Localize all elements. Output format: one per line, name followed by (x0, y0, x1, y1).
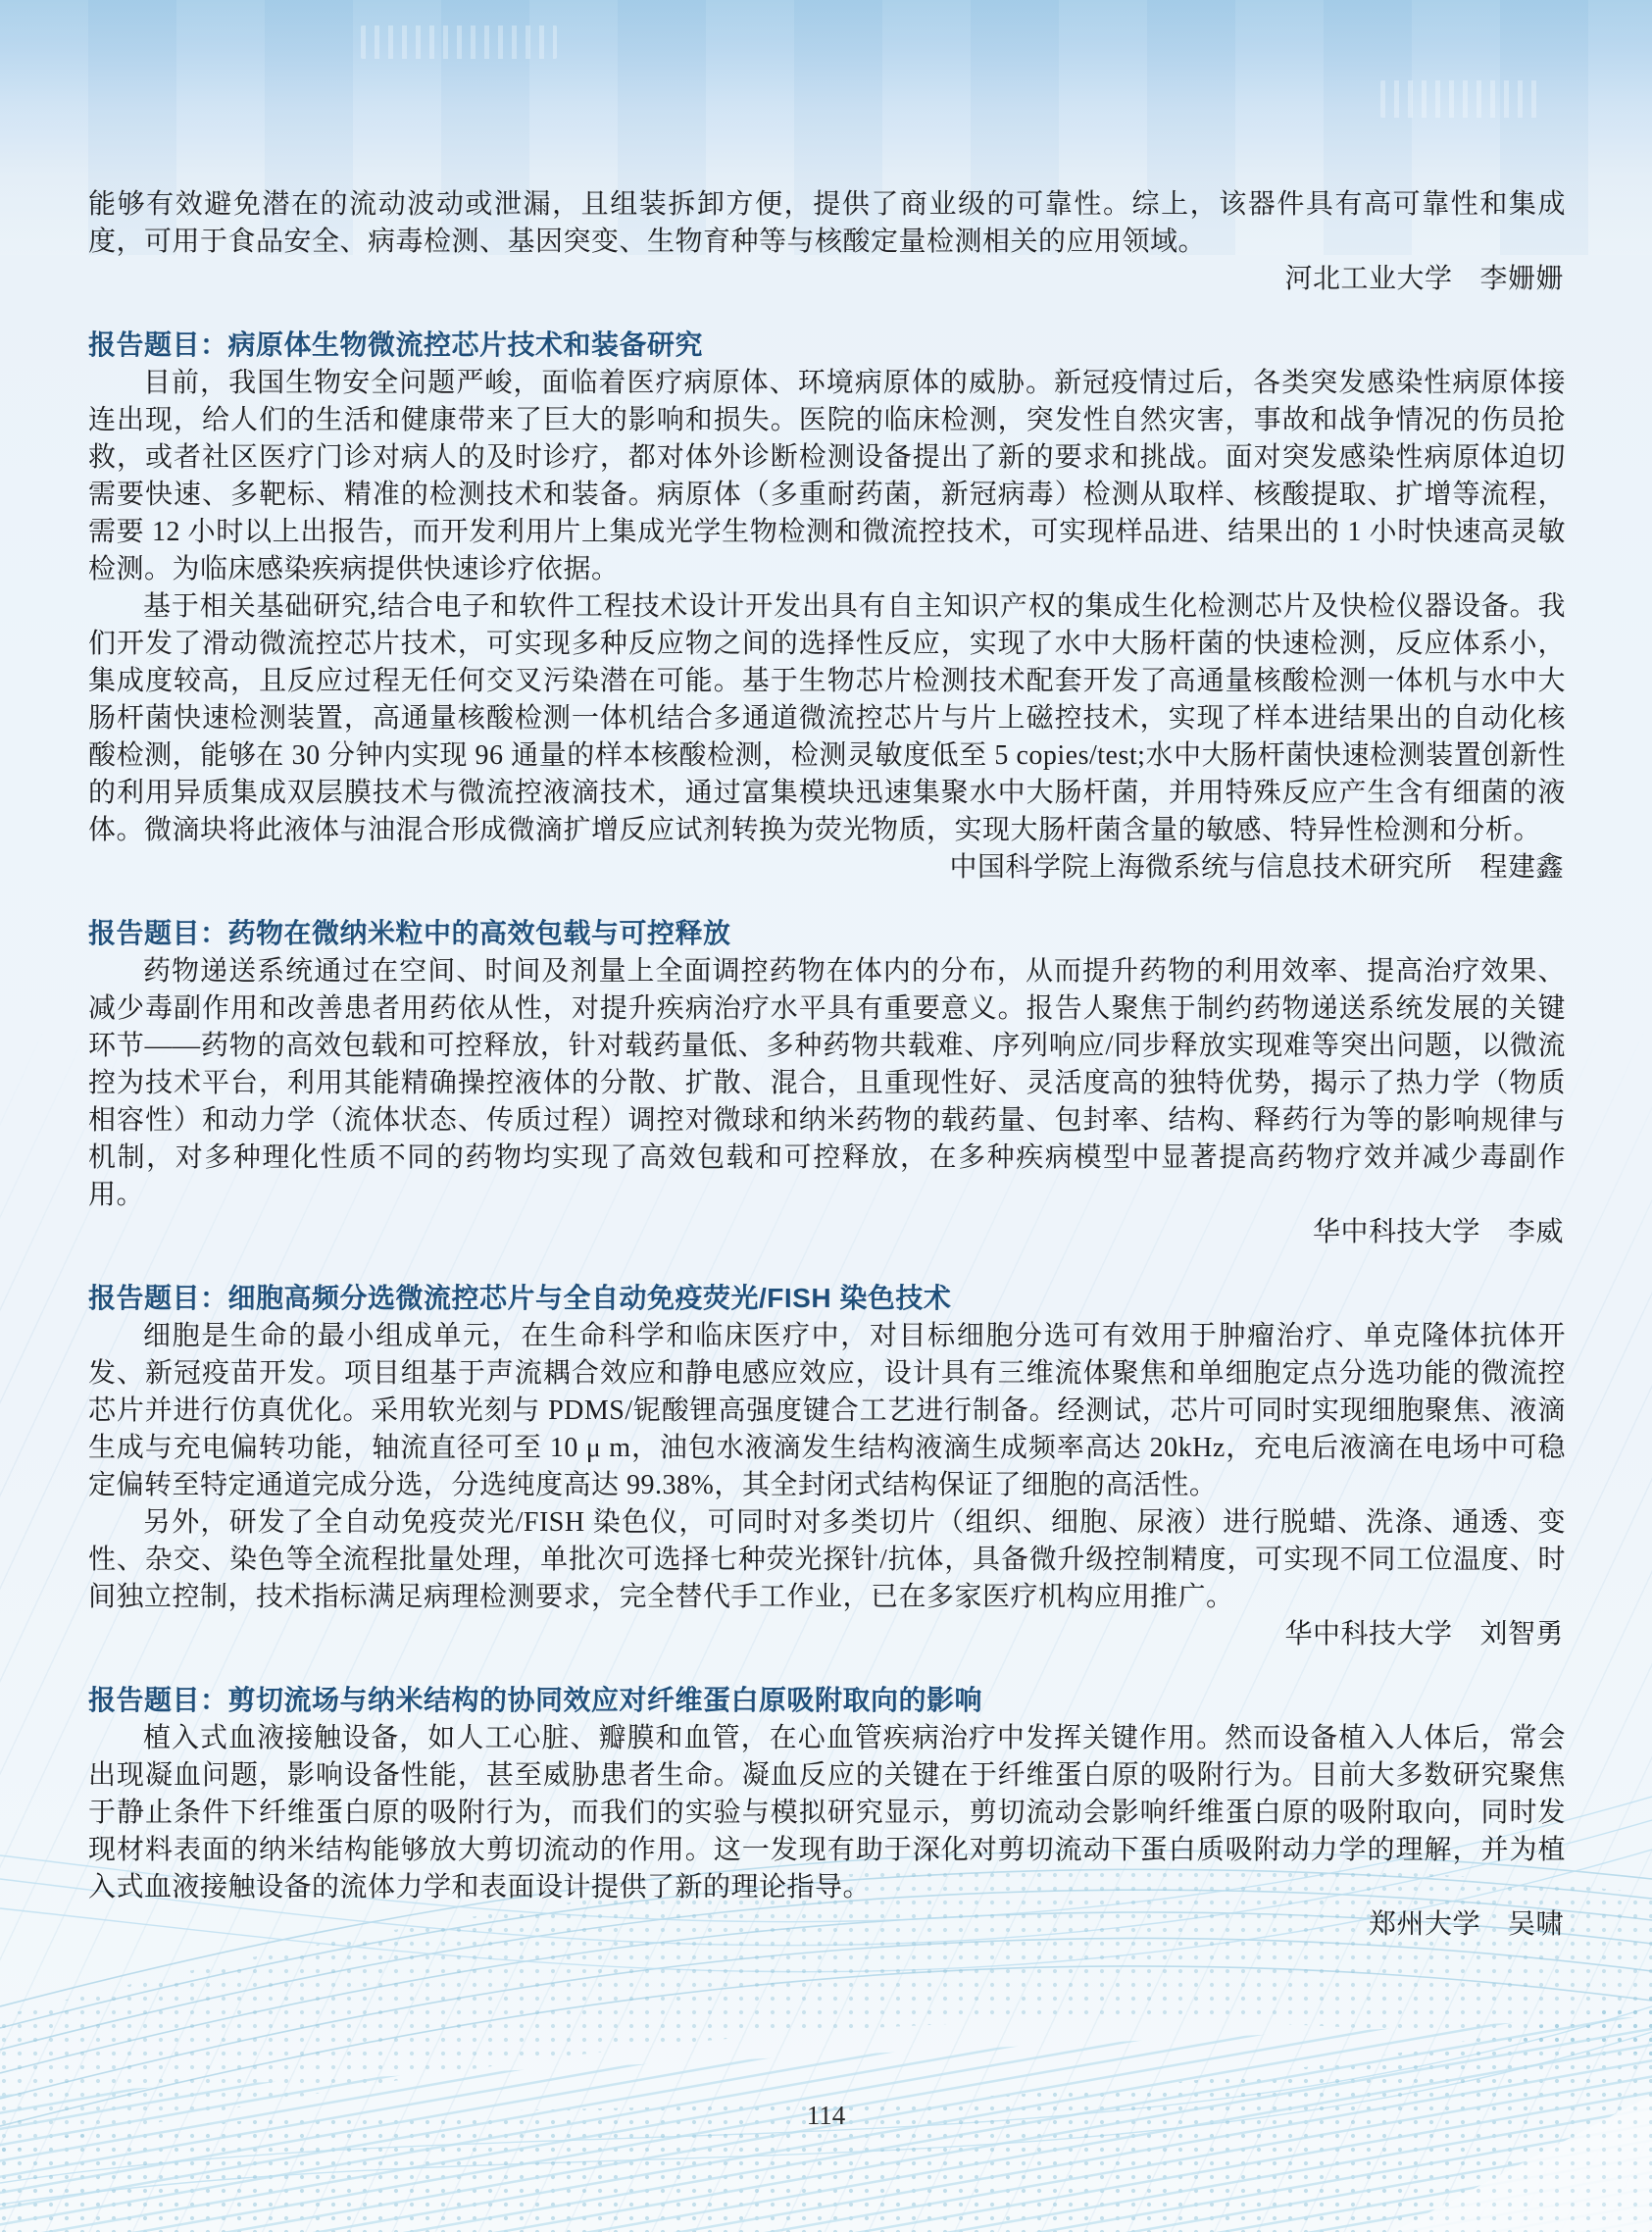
author-line: 中国科学院上海微系统与信息技术研究所程建鑫 (88, 849, 1566, 887)
author-name: 李威 (1508, 1217, 1564, 1247)
author-name: 刘智勇 (1479, 1619, 1564, 1649)
report-section: 报告题目：病原体生物微流控芯片技术和装备研究 目前，我国生物安全问题严峻，面临着… (88, 326, 1566, 887)
author-line: 华中科技大学刘智勇 (88, 1616, 1566, 1653)
author-line: 华中科技大学李威 (88, 1214, 1566, 1251)
report-title: 报告题目：病原体生物微流控芯片技术和装备研究 (88, 326, 1566, 365)
page-number: 114 (0, 2101, 1652, 2131)
report-section: 报告题目：药物在微纳米粒中的高效包载与可控释放 药物递送系统通过在空间、时间及剂… (88, 914, 1566, 1251)
report-section: 报告题目：剪切流场与纳米结构的协同效应对纤维蛋白原吸附取向的影响 植入式血液接触… (88, 1681, 1566, 1944)
report-paragraph: 细胞是生命的最小组成单元，在生命科学和临床医疗中，对目标细胞分选可有效用于肿瘤治… (88, 1318, 1566, 1504)
author-name: 李姗姗 (1479, 264, 1564, 294)
report-section: 报告题目：细胞高频分选微流控芯片与全自动免疫荧光/FISH 染色技术 细胞是生命… (88, 1279, 1566, 1653)
author-name: 吴啸 (1508, 1909, 1564, 1940)
report-paragraph: 另外，研发了全自动免疫荧光/FISH 染色仪，可同时对多类切片（组织、细胞、尿液… (88, 1504, 1566, 1616)
report-paragraph: 目前，我国生物安全问题严峻，面临着医疗病原体、环境病原体的威胁。新冠疫情过后，各… (88, 365, 1566, 588)
page-content: 能够有效避免潜在的流动波动或泄漏，且组装拆卸方便，提供了商业级的可靠性。综上，该… (88, 186, 1566, 1944)
continued-paragraph: 能够有效避免潜在的流动波动或泄漏，且组装拆卸方便，提供了商业级的可靠性。综上，该… (88, 186, 1566, 261)
report-paragraph: 药物递送系统通过在空间、时间及剂量上全面调控药物在体内的分布，从而提升药物的利用… (88, 953, 1566, 1214)
author-affiliation: 河北工业大学 (1284, 264, 1452, 294)
tick-pattern-decoration (1380, 80, 1537, 118)
report-paragraph: 植入式血液接触设备，如人工心脏、瓣膜和血管，在心血管疾病治疗中发挥关键作用。然而… (88, 1720, 1566, 1906)
author-affiliation: 华中科技大学 (1313, 1217, 1480, 1247)
report-title: 报告题目：剪切流场与纳米结构的协同效应对纤维蛋白原吸附取向的影响 (88, 1681, 1566, 1720)
author-line: 河北工业大学李姗姗 (88, 261, 1566, 298)
report-title: 报告题目：细胞高频分选微流控芯片与全自动免疫荧光/FISH 染色技术 (88, 1279, 1566, 1318)
author-affiliation: 郑州大学 (1369, 1909, 1480, 1940)
report-title: 报告题目：药物在微纳米粒中的高效包载与可控释放 (88, 914, 1566, 953)
author-affiliation: 中国科学院上海微系统与信息技术研究所 (949, 852, 1452, 883)
document-page: 能够有效避免潜在的流动波动或泄漏，且组装拆卸方便，提供了商业级的可靠性。综上，该… (0, 0, 1652, 2232)
author-name: 程建鑫 (1479, 852, 1564, 883)
author-line: 郑州大学吴啸 (88, 1906, 1566, 1944)
author-affiliation: 华中科技大学 (1284, 1619, 1452, 1649)
tick-pattern-decoration (361, 25, 557, 59)
report-paragraph: 基于相关基础研究,结合电子和软件工程技术设计开发出具有自主知识产权的集成生化检测… (88, 588, 1566, 849)
